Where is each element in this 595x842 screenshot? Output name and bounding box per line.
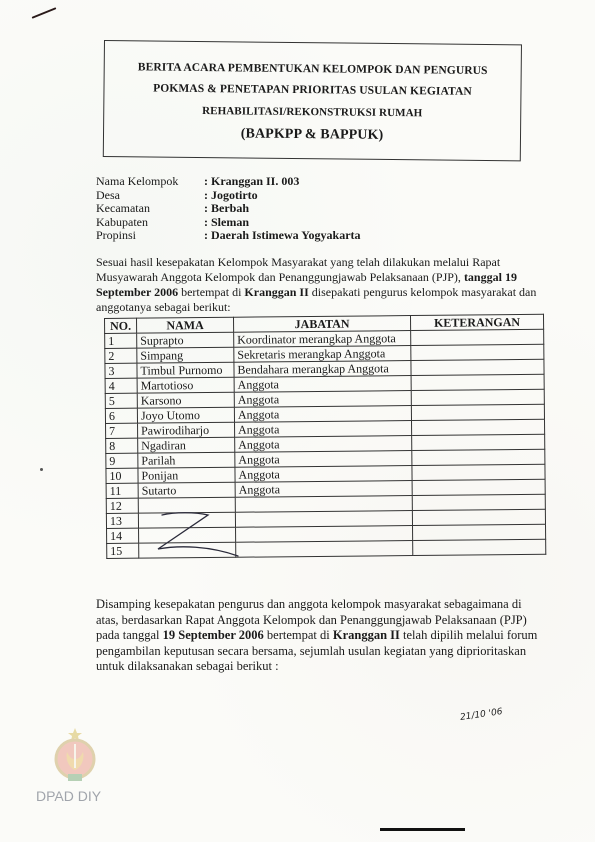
- cell-nama: Karsono: [137, 392, 234, 408]
- cell-no: 5: [105, 393, 137, 408]
- cell-jabatan: [236, 526, 413, 543]
- cell-keterangan: [411, 374, 544, 390]
- bottom-bar-mark: [380, 828, 465, 831]
- cell-jabatan: [236, 541, 413, 558]
- members-table-wrapper: NO. NAMA JABATAN KETERANGAN 1SupraptoKoo…: [104, 314, 546, 559]
- watermark-text: DPAD DIY: [36, 788, 101, 804]
- cell-keterangan: [411, 344, 544, 360]
- cell-keterangan: [411, 419, 544, 435]
- cell-no: 14: [107, 528, 139, 543]
- title-line-3: REHABILITASI/REKONSTRUKSI RUMAH: [104, 104, 520, 120]
- info-value: : Kranggan II. 003: [204, 175, 299, 189]
- cell-nama: Ponijan: [138, 467, 235, 483]
- header-no: NO.: [105, 318, 137, 333]
- cell-jabatan: [235, 511, 412, 528]
- cell-keterangan: [412, 434, 545, 450]
- info-label: Kabupaten: [96, 216, 204, 230]
- paragraph-2: Disamping kesepakatan pengurus dan anggo…: [96, 597, 546, 675]
- cell-nama: [138, 512, 235, 528]
- info-value: : Jogotirto: [204, 189, 258, 203]
- info-row-nama-kelompok: Nama Kelompok : Kranggan II. 003: [96, 175, 361, 189]
- cell-nama: Sutarto: [138, 482, 235, 498]
- info-value: : Berbah: [204, 202, 249, 216]
- table-row: 15: [107, 539, 546, 558]
- cell-jabatan: Bendahara merangkap Anggota: [234, 361, 411, 378]
- cell-nama: Suprapto: [137, 332, 234, 348]
- cell-keterangan: [411, 389, 544, 405]
- cell-no: 6: [105, 408, 137, 423]
- cell-no: 15: [107, 543, 139, 558]
- cell-nama: [139, 542, 236, 558]
- cell-no: 13: [106, 513, 138, 528]
- bold-text: 19 September 2006: [163, 628, 264, 642]
- cell-jabatan: Koordinator merangkap Anggota: [234, 331, 411, 348]
- header-jabatan: JABATAN: [233, 316, 410, 333]
- cell-keterangan: [412, 479, 545, 495]
- info-label: Kecamatan: [96, 202, 204, 216]
- cell-jabatan: Sekretaris merangkap Anggota: [234, 346, 411, 363]
- cell-keterangan: [413, 524, 546, 540]
- cell-keterangan: [411, 329, 544, 345]
- cell-nama: Parilah: [138, 452, 235, 468]
- cell-no: 9: [106, 453, 138, 468]
- info-value: : Daerah Istimewa Yogyakarta: [204, 229, 361, 243]
- cell-jabatan: Anggota: [234, 391, 411, 408]
- info-label: Propinsi: [96, 229, 204, 243]
- emblem-icon: [50, 726, 100, 786]
- cell-jabatan: [235, 496, 412, 513]
- cell-jabatan: Anggota: [235, 421, 412, 438]
- cell-no: 3: [105, 363, 137, 378]
- cell-nama: Ngadiran: [138, 437, 235, 453]
- cell-nama: Simpang: [137, 347, 234, 363]
- bold-text: Kranggan II: [244, 285, 308, 299]
- handwritten-date-signature: 21/10 '06: [460, 707, 504, 723]
- members-table: NO. NAMA JABATAN KETERANGAN 1SupraptoKoo…: [104, 314, 546, 559]
- info-row-propinsi: Propinsi : Daerah Istimewa Yogyakarta: [96, 229, 361, 243]
- cell-keterangan: [411, 359, 544, 375]
- header-keterangan: KETERANGAN: [410, 314, 543, 330]
- cell-keterangan: [412, 464, 545, 480]
- cell-no: 2: [105, 348, 137, 363]
- cell-jabatan: Anggota: [235, 466, 412, 483]
- cell-jabatan: Anggota: [234, 376, 411, 393]
- text: bertempat di: [264, 628, 333, 642]
- cell-no: 8: [106, 438, 138, 453]
- info-row-kecamatan: Kecamatan : Berbah: [96, 202, 361, 216]
- cell-keterangan: [412, 509, 545, 525]
- info-label: Desa: [96, 189, 204, 203]
- cell-jabatan: Anggota: [235, 481, 412, 498]
- info-value: : Sleman: [204, 216, 249, 230]
- title-line-1: BERITA ACARA PEMBENTUKAN KELOMPOK DAN PE…: [105, 61, 521, 77]
- cell-jabatan: Anggota: [235, 436, 412, 453]
- title-box: BERITA ACARA PEMBENTUKAN KELOMPOK DAN PE…: [103, 40, 522, 161]
- cell-jabatan: Anggota: [234, 406, 411, 423]
- cell-nama: Timbul Purnomo: [137, 362, 234, 378]
- info-label: Nama Kelompok: [96, 175, 204, 189]
- bold-text: Kranggan II: [333, 628, 400, 642]
- document-page: BERITA ACARA PEMBENTUKAN KELOMPOK DAN PE…: [0, 0, 595, 842]
- cell-no: 11: [106, 483, 138, 498]
- cell-keterangan: [412, 494, 545, 510]
- title-line-2: POKMAS & PENETAPAN PRIORITAS USULAN KEGI…: [104, 82, 520, 98]
- text: bertempat di: [178, 285, 244, 299]
- cell-nama: [139, 527, 236, 543]
- cell-no: 7: [106, 423, 138, 438]
- group-info: Nama Kelompok : Kranggan II. 003 Desa : …: [96, 175, 361, 243]
- cell-keterangan: [413, 539, 546, 555]
- info-row-desa: Desa : Jogotirto: [96, 189, 361, 203]
- cell-no: 12: [106, 498, 138, 513]
- cell-no: 1: [105, 333, 137, 348]
- cell-no: 4: [105, 378, 137, 393]
- cell-no: 10: [106, 468, 138, 483]
- cell-keterangan: [411, 404, 544, 420]
- cell-keterangan: [412, 449, 545, 465]
- speck-mark: [40, 468, 43, 471]
- paragraph-1: Sesuai hasil kesepakatan Kelompok Masyar…: [96, 255, 546, 315]
- cell-nama: [138, 497, 235, 513]
- members-table-body: 1SupraptoKoordinator merangkap Anggota2S…: [105, 329, 546, 558]
- pen-mark: [32, 7, 57, 19]
- cell-jabatan: Anggota: [235, 451, 412, 468]
- cell-nama: Pawirodiharjo: [138, 422, 235, 438]
- cell-nama: Martotioso: [137, 377, 234, 393]
- title-line-4: (BAPKPP & BAPPUK): [104, 125, 520, 145]
- header-nama: NAMA: [137, 317, 234, 333]
- cell-nama: Joyo Utomo: [137, 407, 234, 423]
- info-row-kabupaten: Kabupaten : Sleman: [96, 216, 361, 230]
- text: Sesuai hasil kesepakatan Kelompok Masyar…: [96, 255, 500, 284]
